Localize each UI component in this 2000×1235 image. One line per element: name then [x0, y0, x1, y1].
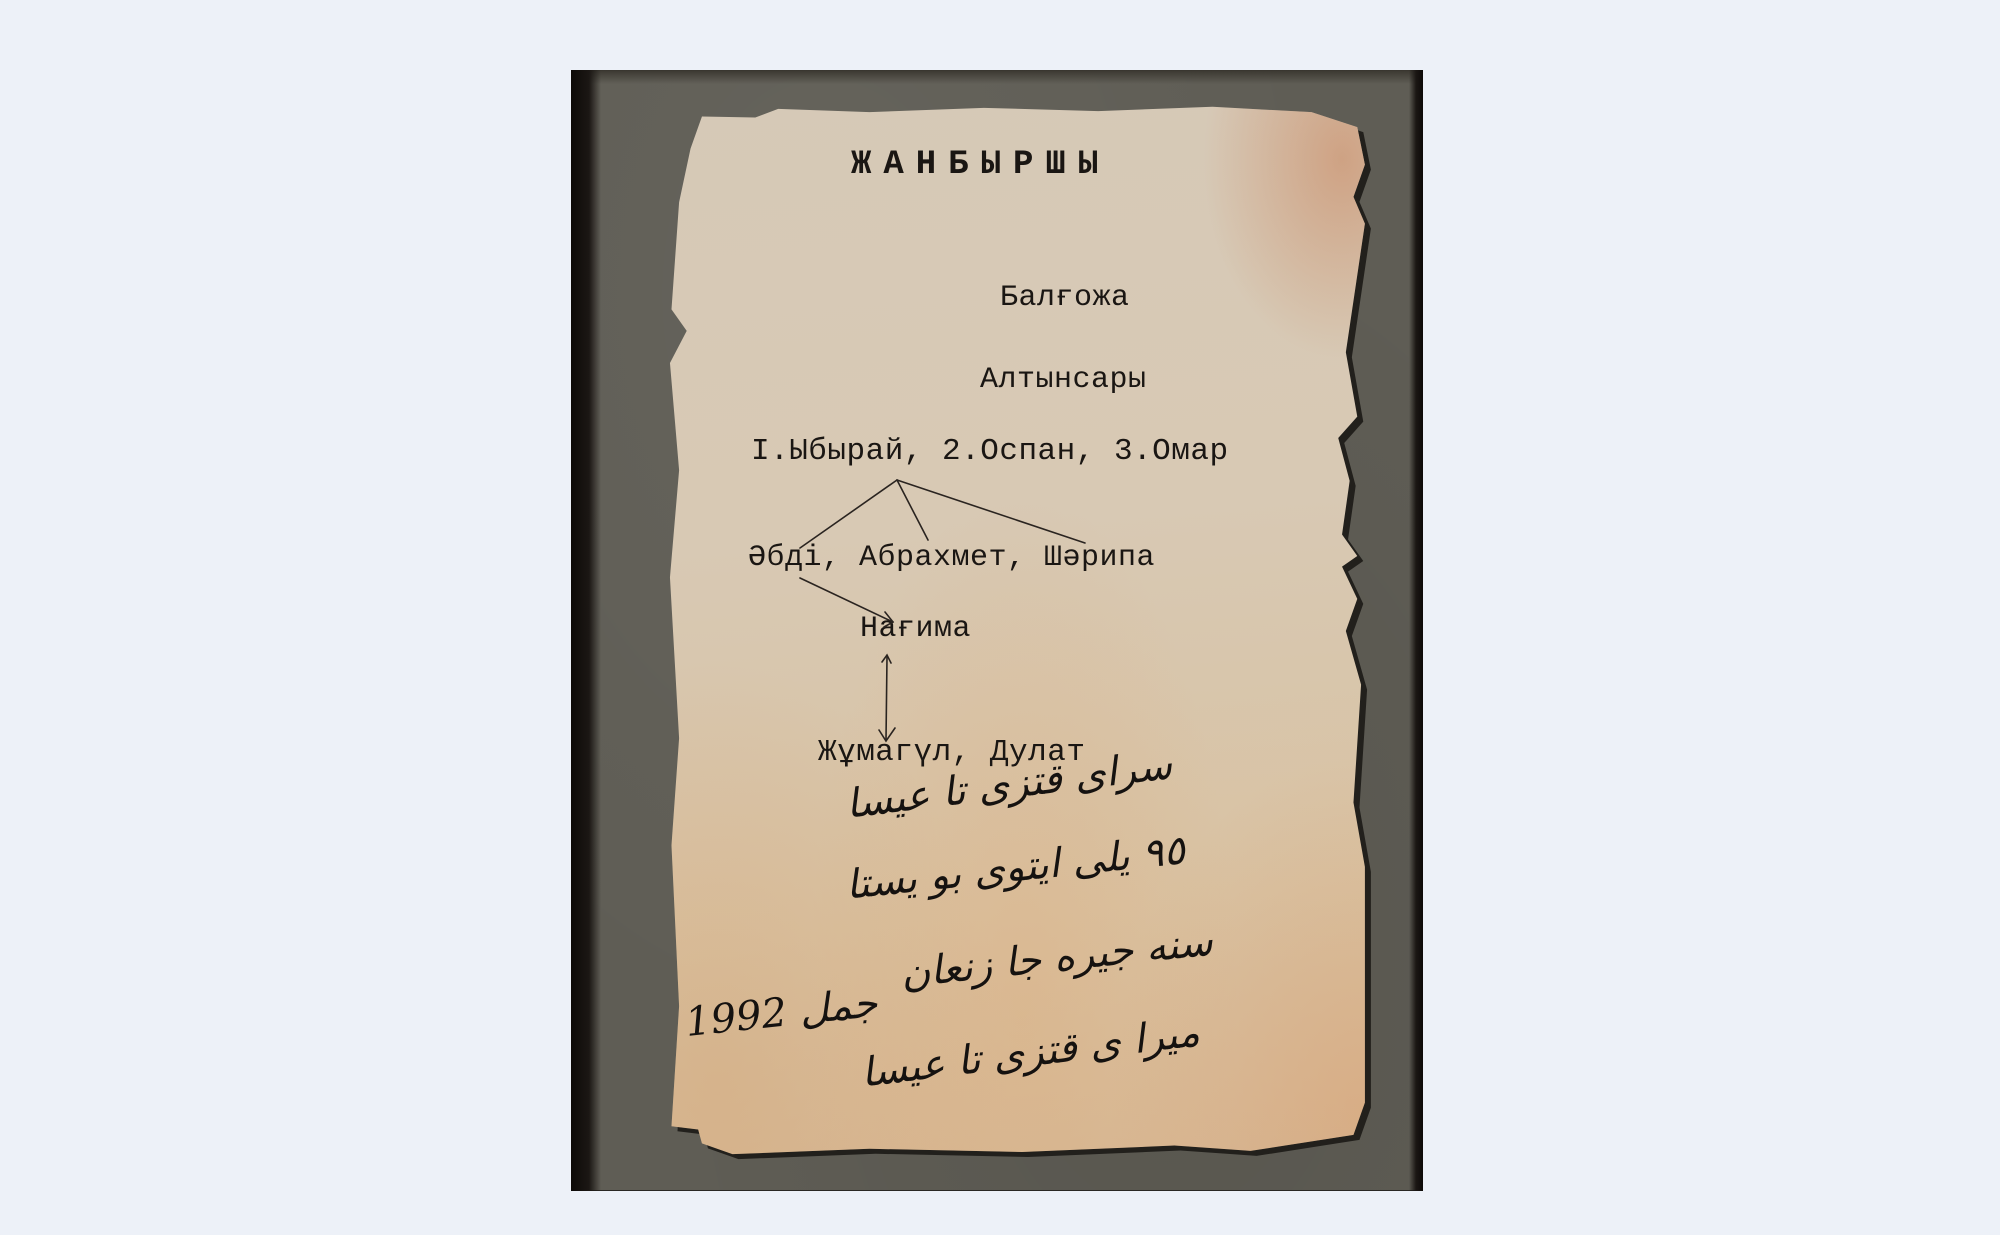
frame-right-edge [1409, 70, 1423, 1191]
frame-top-shadow [571, 70, 1423, 84]
family-tree-generation-3: І.Ыбырай, 2.Оспан, 3.Омар [751, 434, 1229, 469]
document-title: ЖАНБЫРШЫ [851, 146, 1110, 184]
family-tree-generation-4: Әбді, Абрахмет, Шәрипа [748, 541, 1155, 575]
frame-left-edge [571, 70, 601, 1191]
family-tree-generation-2: Алтынсары [980, 363, 1147, 397]
family-tree-generation-5: Нағима [860, 612, 971, 646]
family-tree-generation-1: Балғожа [1000, 281, 1130, 315]
